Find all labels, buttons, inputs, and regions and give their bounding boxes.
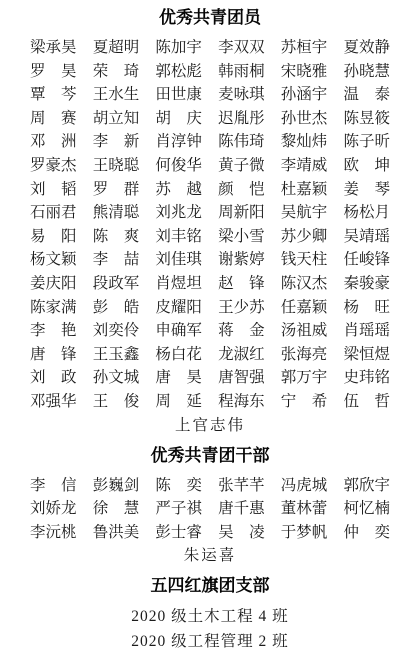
centered-lines: 朱运喜 bbox=[30, 544, 390, 568]
centered-line: 2020 级土木工程 4 班 bbox=[30, 604, 390, 629]
member-name: 宁 希 bbox=[281, 390, 328, 414]
member-name: 刘佳琪 bbox=[155, 248, 202, 272]
name-row: 刘 政孙文城唐 昊唐智强郭万宇史玮铭 bbox=[30, 366, 390, 390]
member-name: 王晓聪 bbox=[93, 154, 140, 178]
member-name: 王玉鑫 bbox=[93, 343, 140, 367]
member-name: 唐 锋 bbox=[30, 343, 77, 367]
member-name: 段政军 bbox=[93, 272, 140, 296]
centered-lines: 2020 级土木工程 4 班2020 级工程管理 2 班 bbox=[30, 604, 390, 650]
member-name: 温 泰 bbox=[343, 83, 390, 107]
member-name: 王 俊 bbox=[93, 390, 140, 414]
member-name: 李沅桃 bbox=[30, 521, 77, 545]
member-name: 罗豪杰 bbox=[30, 154, 77, 178]
member-name: 熊清聪 bbox=[93, 201, 140, 225]
member-name: 史玮铭 bbox=[343, 366, 390, 390]
section-title: 优秀共青团干部 bbox=[30, 443, 390, 469]
member-name: 肖瑶瑶 bbox=[343, 319, 390, 343]
member-name: 麦咏琪 bbox=[218, 83, 265, 107]
member-name: 钱天柱 bbox=[281, 248, 328, 272]
member-name: 苏 越 bbox=[155, 178, 202, 202]
name-rows: 梁承昊夏超明陈加宇李双双苏桓宇夏效静罗 昊荣 琦郭松彪韩雨桐宋晓雅孙晓慧覃 芩王… bbox=[30, 36, 390, 414]
member-name: 欧 坤 bbox=[343, 154, 390, 178]
member-name: 周 赛 bbox=[30, 107, 77, 131]
member-name: 陈子昕 bbox=[343, 130, 390, 154]
member-name: 汤祖威 bbox=[281, 319, 328, 343]
member-name: 郭欣宇 bbox=[343, 474, 390, 498]
member-name: 李 艳 bbox=[30, 319, 77, 343]
member-name: 杜嘉颖 bbox=[281, 178, 328, 202]
member-name: 梁小雪 bbox=[218, 225, 265, 249]
member-name: 罗 群 bbox=[93, 178, 140, 202]
member-name: 夏超明 bbox=[93, 36, 140, 60]
member-name: 陈昱筱 bbox=[343, 107, 390, 131]
name-rows: 李 信彭巍剑陈 奕张芊芊冯虎城郭欣宇刘娇龙徐 慧严子祺唐千惠董林蕾柯忆楠李沅桃鲁… bbox=[30, 474, 390, 545]
member-name: 吴靖瑶 bbox=[343, 225, 390, 249]
award-section: 五四红旗团支部 2020 级土木工程 4 班2020 级工程管理 2 班 bbox=[30, 573, 390, 650]
member-name: 杨文颖 bbox=[30, 248, 77, 272]
name-row: 李 信彭巍剑陈 奕张芊芊冯虎城郭欣宇 bbox=[30, 474, 390, 498]
member-name: 唐千惠 bbox=[218, 497, 265, 521]
member-name: 邓强华 bbox=[30, 390, 77, 414]
member-name: 龙淑红 bbox=[218, 343, 265, 367]
member-name: 唐 昊 bbox=[155, 366, 202, 390]
name-row: 邓 洲李 新肖淳钟陈伟琦黎灿炜陈子昕 bbox=[30, 130, 390, 154]
member-name: 刘 政 bbox=[30, 366, 77, 390]
member-name: 张海亮 bbox=[281, 343, 328, 367]
name-row: 罗 昊荣 琦郭松彪韩雨桐宋晓雅孙晓慧 bbox=[30, 60, 390, 84]
name-row: 刘 韬罗 群苏 越颜 恺杜嘉颖姜 琴 bbox=[30, 178, 390, 202]
member-name: 柯忆楠 bbox=[343, 497, 390, 521]
member-name: 于梦帆 bbox=[281, 521, 328, 545]
name-row: 邓强华王 俊周 延程海东宁 希伍 哲 bbox=[30, 390, 390, 414]
member-name: 刘丰铭 bbox=[155, 225, 202, 249]
member-name: 石丽君 bbox=[30, 201, 77, 225]
member-name: 梁承昊 bbox=[30, 36, 77, 60]
member-name: 肖淳钟 bbox=[155, 130, 202, 154]
member-name: 夏效静 bbox=[343, 36, 390, 60]
member-name: 梁恒煜 bbox=[343, 343, 390, 367]
member-name: 李靖威 bbox=[281, 154, 328, 178]
member-name: 孙涵宇 bbox=[281, 83, 328, 107]
member-name: 陈加宇 bbox=[155, 36, 202, 60]
member-name: 张芊芊 bbox=[218, 474, 265, 498]
member-name: 李 喆 bbox=[93, 248, 140, 272]
member-name: 鲁洪美 bbox=[93, 521, 140, 545]
member-name: 董林蕾 bbox=[281, 497, 328, 521]
name-row: 姜庆阳段政军肖煜坦赵 锋陈汉杰秦骏豪 bbox=[30, 272, 390, 296]
member-name: 迟胤彤 bbox=[218, 107, 265, 131]
member-name: 颜 恺 bbox=[218, 178, 265, 202]
member-name: 徐 慧 bbox=[93, 497, 140, 521]
member-name: 吴航宇 bbox=[281, 201, 328, 225]
member-name: 宋晓雅 bbox=[281, 60, 328, 84]
member-name: 姜庆阳 bbox=[30, 272, 77, 296]
member-name: 陈 奕 bbox=[155, 474, 202, 498]
member-name: 程海东 bbox=[218, 390, 265, 414]
member-name: 杨白花 bbox=[155, 343, 202, 367]
name-row: 罗豪杰王晓聪何俊华黄子微李靖威欧 坤 bbox=[30, 154, 390, 178]
name-row: 石丽君熊清聪刘兆龙周新阳吴航宇杨松月 bbox=[30, 201, 390, 225]
name-row: 刘娇龙徐 慧严子祺唐千惠董林蕾柯忆楠 bbox=[30, 497, 390, 521]
award-document: 优秀共青团员 梁承昊夏超明陈加宇李双双苏桓宇夏效静罗 昊荣 琦郭松彪韩雨桐宋晓雅… bbox=[0, 0, 417, 650]
member-name: 苏桓宇 bbox=[281, 36, 328, 60]
member-name: 罗 昊 bbox=[30, 60, 77, 84]
member-name: 吴 凌 bbox=[218, 521, 265, 545]
member-name: 任嘉颖 bbox=[281, 296, 328, 320]
centered-line: 2020 级工程管理 2 班 bbox=[30, 629, 390, 650]
member-name: 陈汉杰 bbox=[281, 272, 328, 296]
name-row: 陈家满彭 皓皮耀阳王少苏任嘉颖杨 旺 bbox=[30, 296, 390, 320]
name-row: 杨文颖李 喆刘佳琪谢紫婷钱天柱任峻锋 bbox=[30, 248, 390, 272]
award-section: 优秀共青团干部 李 信彭巍剑陈 奕张芊芊冯虎城郭欣宇刘娇龙徐 慧严子祺唐千惠董林… bbox=[30, 443, 390, 569]
member-name: 蒋 金 bbox=[218, 319, 265, 343]
member-name: 陈伟琦 bbox=[218, 130, 265, 154]
member-name: 胡 庆 bbox=[155, 107, 202, 131]
member-name: 李双双 bbox=[218, 36, 265, 60]
member-name: 黄子微 bbox=[218, 154, 265, 178]
member-name: 郭万宇 bbox=[281, 366, 328, 390]
member-name: 肖煜坦 bbox=[155, 272, 202, 296]
name-row: 唐 锋王玉鑫杨白花龙淑红张海亮梁恒煜 bbox=[30, 343, 390, 367]
award-section: 优秀共青团员 梁承昊夏超明陈加宇李双双苏桓宇夏效静罗 昊荣 琦郭松彪韩雨桐宋晓雅… bbox=[30, 5, 390, 438]
member-name: 黎灿炜 bbox=[281, 130, 328, 154]
member-name: 王少苏 bbox=[218, 296, 265, 320]
member-name: 彭士睿 bbox=[155, 521, 202, 545]
member-name: 彭 皓 bbox=[93, 296, 140, 320]
member-name: 皮耀阳 bbox=[155, 296, 202, 320]
member-name: 孙文城 bbox=[93, 366, 140, 390]
member-name: 韩雨桐 bbox=[218, 60, 265, 84]
name-row: 李沅桃鲁洪美彭士睿吴 凌于梦帆仲 奕 bbox=[30, 521, 390, 545]
member-name: 任峻锋 bbox=[343, 248, 390, 272]
member-name: 伍 哲 bbox=[343, 390, 390, 414]
member-name: 郭松彪 bbox=[155, 60, 202, 84]
member-name: 陈家满 bbox=[30, 296, 77, 320]
member-name: 彭巍剑 bbox=[93, 474, 140, 498]
name-row: 梁承昊夏超明陈加宇李双双苏桓宇夏效静 bbox=[30, 36, 390, 60]
member-name: 孙世杰 bbox=[281, 107, 328, 131]
member-name: 仲 奕 bbox=[343, 521, 390, 545]
member-name: 刘 韬 bbox=[30, 178, 77, 202]
member-name: 冯虎城 bbox=[281, 474, 328, 498]
member-name: 刘娇龙 bbox=[30, 497, 77, 521]
member-name: 胡立知 bbox=[93, 107, 140, 131]
member-name: 苏少卿 bbox=[281, 225, 328, 249]
member-name: 刘兆龙 bbox=[155, 201, 202, 225]
member-name: 严子祺 bbox=[155, 497, 202, 521]
name-row: 覃 芩王水生田世康麦咏琪孙涵宇温 泰 bbox=[30, 83, 390, 107]
member-name: 陈 爽 bbox=[93, 225, 140, 249]
member-name: 唐智强 bbox=[218, 366, 265, 390]
member-name: 李 信 bbox=[30, 474, 77, 498]
member-name: 李 新 bbox=[93, 130, 140, 154]
member-name: 赵 锋 bbox=[218, 272, 265, 296]
name-row: 周 赛胡立知胡 庆迟胤彤孙世杰陈昱筱 bbox=[30, 107, 390, 131]
centered-lines: 上官志伟 bbox=[30, 414, 390, 438]
name-row: 李 艳刘奕伶申确军蒋 金汤祖威肖瑶瑶 bbox=[30, 319, 390, 343]
member-name: 申确军 bbox=[155, 319, 202, 343]
member-name: 秦骏豪 bbox=[343, 272, 390, 296]
member-name: 姜 琴 bbox=[343, 178, 390, 202]
member-name: 周 延 bbox=[155, 390, 202, 414]
member-name: 何俊华 bbox=[155, 154, 202, 178]
section-title: 五四红旗团支部 bbox=[30, 573, 390, 599]
member-name: 荣 琦 bbox=[93, 60, 140, 84]
member-name: 杨 旺 bbox=[343, 296, 390, 320]
member-name: 易 阳 bbox=[30, 225, 77, 249]
centered-line: 朱运喜 bbox=[30, 544, 390, 568]
centered-line: 上官志伟 bbox=[30, 414, 390, 438]
member-name: 王水生 bbox=[93, 83, 140, 107]
member-name: 邓 洲 bbox=[30, 130, 77, 154]
name-row: 易 阳陈 爽刘丰铭梁小雪苏少卿吴靖瑶 bbox=[30, 225, 390, 249]
member-name: 谢紫婷 bbox=[218, 248, 265, 272]
member-name: 刘奕伶 bbox=[93, 319, 140, 343]
member-name: 杨松月 bbox=[343, 201, 390, 225]
member-name: 孙晓慧 bbox=[343, 60, 390, 84]
section-title: 优秀共青团员 bbox=[30, 5, 390, 31]
member-name: 田世康 bbox=[155, 83, 202, 107]
member-name: 覃 芩 bbox=[30, 83, 77, 107]
member-name: 周新阳 bbox=[218, 201, 265, 225]
